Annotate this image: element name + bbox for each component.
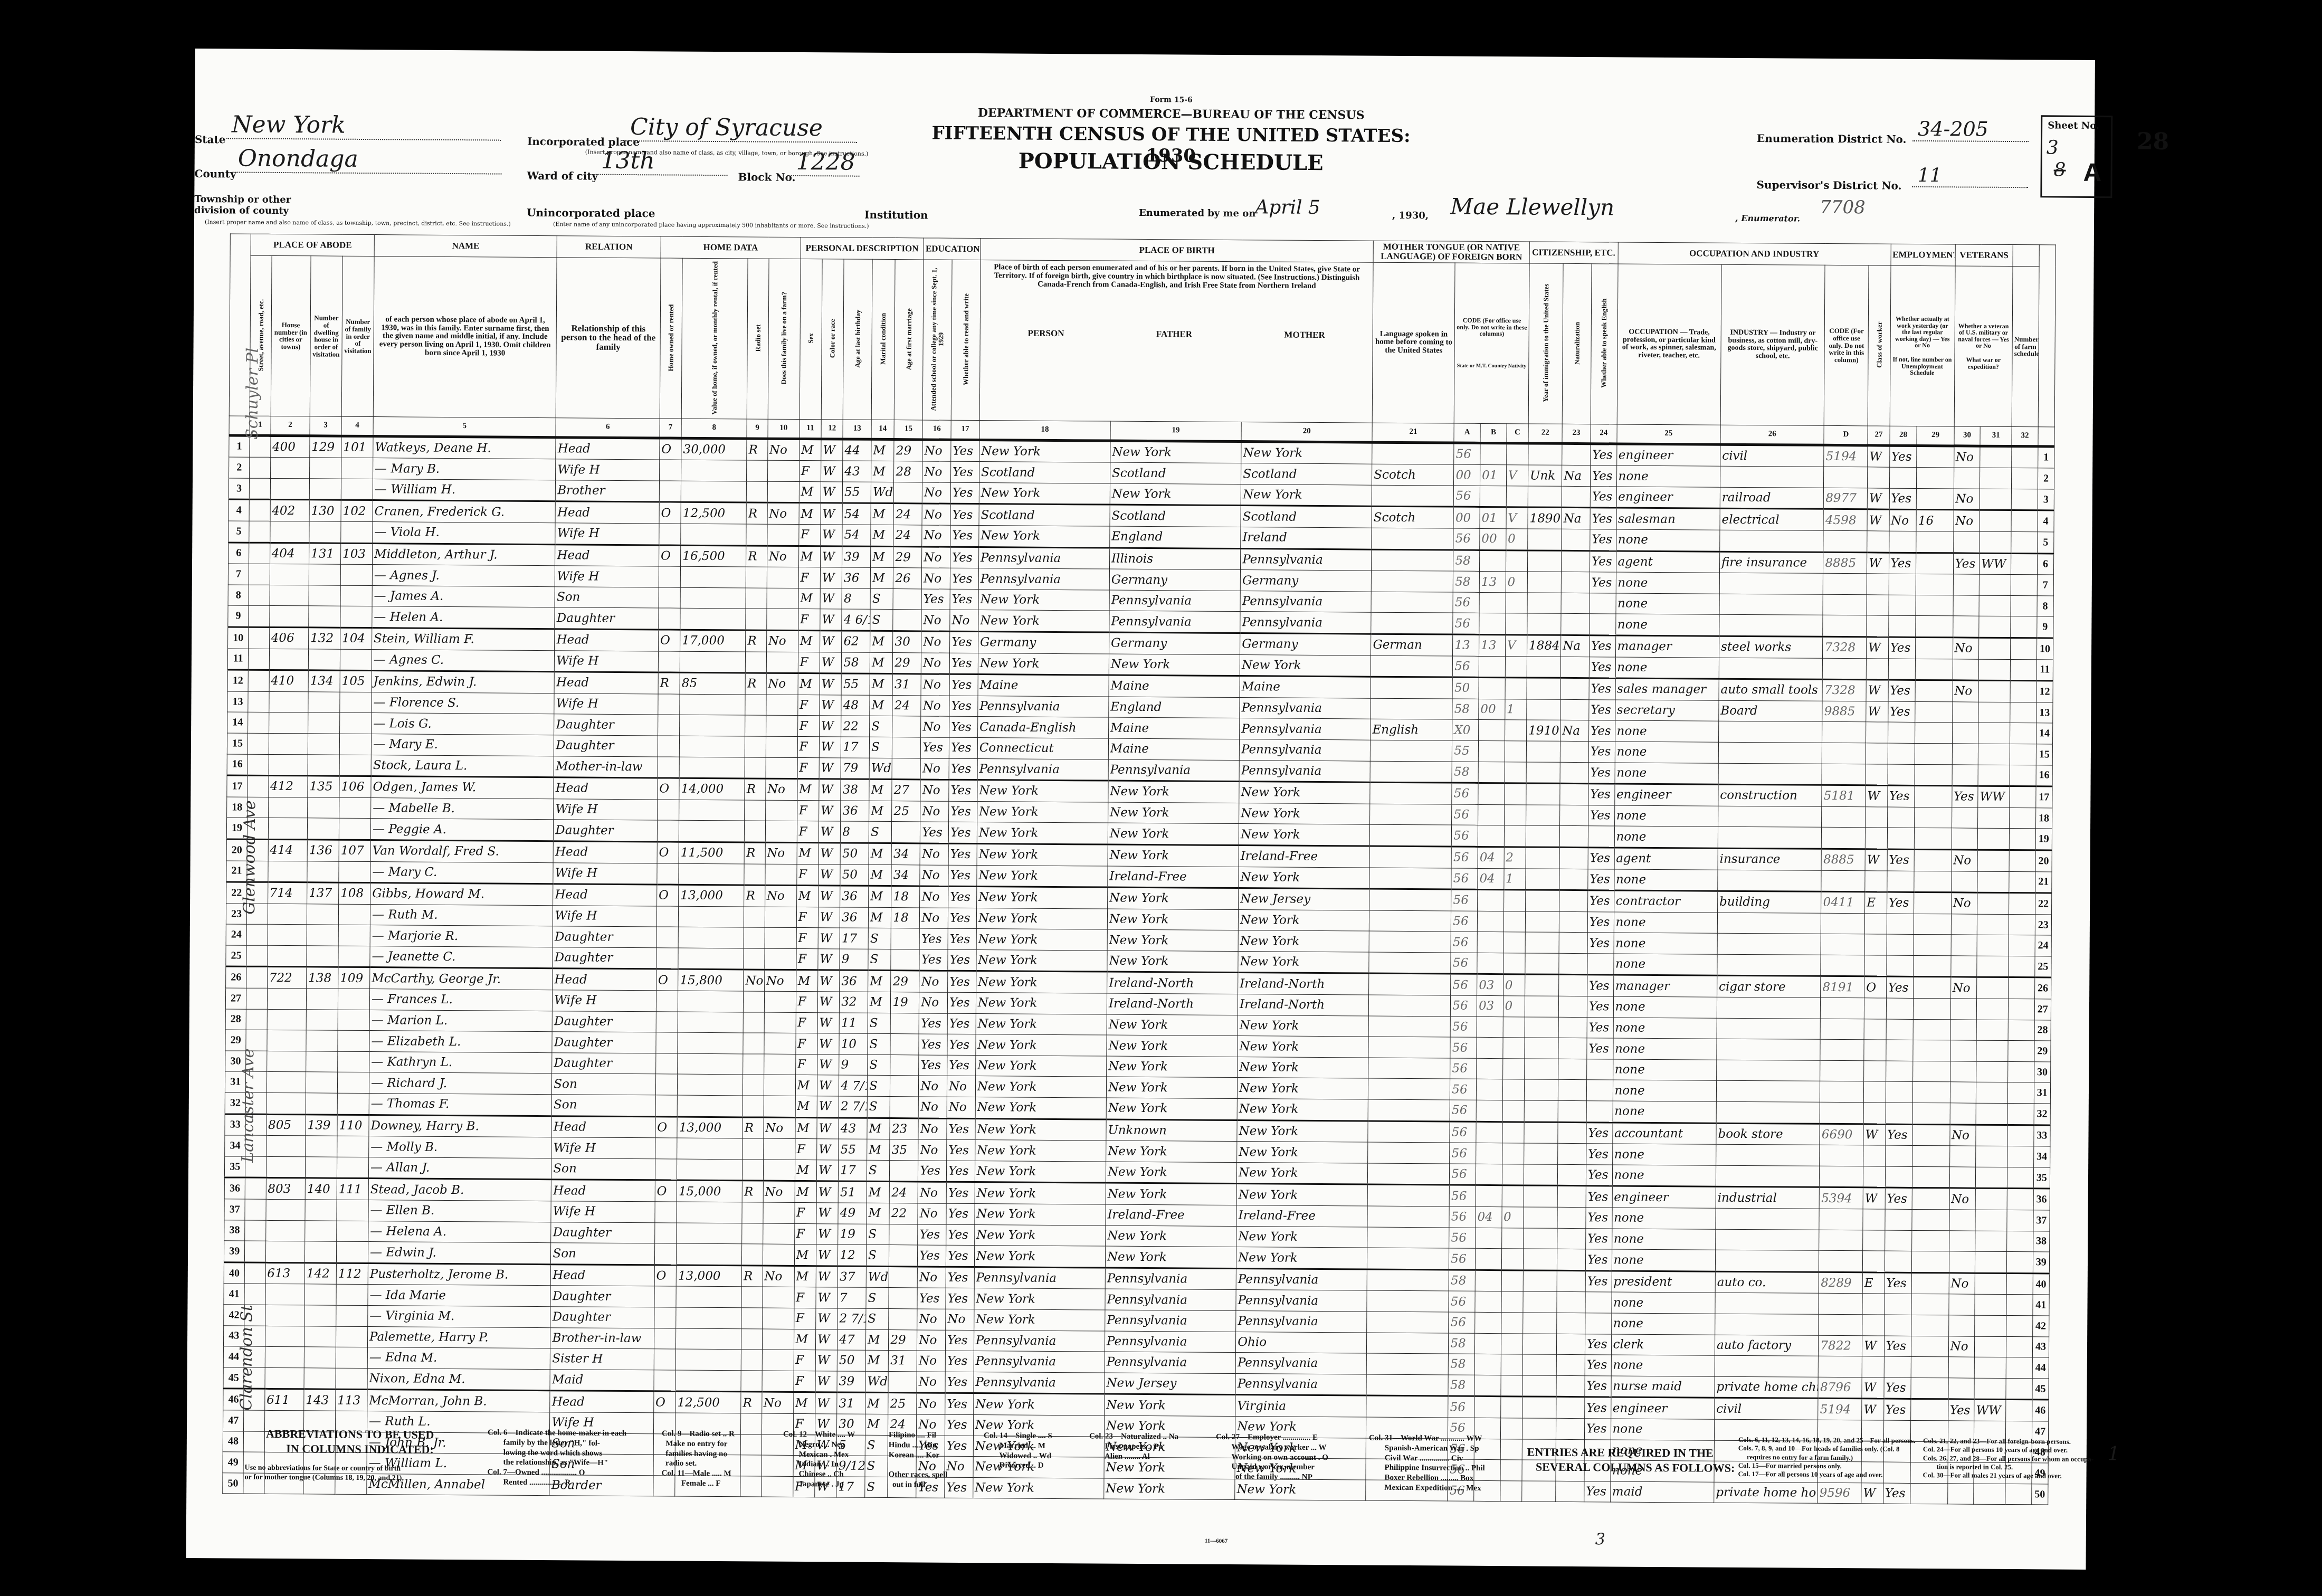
line-number-right: 14 [2036, 723, 2052, 744]
industry-cell [1716, 1229, 1820, 1251]
education-header: EDUCATION [924, 238, 981, 260]
occupation-cell: none [1612, 1249, 1716, 1271]
class-of-worker-cell: W [1868, 445, 1890, 468]
farm-schedule-cell [2007, 1104, 2034, 1125]
family-number-cell [339, 819, 370, 840]
school-cell: No [922, 482, 951, 504]
at-work-cell [1886, 1019, 1914, 1040]
naturalization-cell [1560, 805, 1588, 826]
speaks-english-cell: Yes [1588, 805, 1614, 826]
industry-cell: civil [1715, 1398, 1819, 1420]
farm-schedule-cell [2011, 532, 2038, 554]
race-cell: W [816, 1181, 839, 1203]
farm-cell [767, 481, 799, 503]
relationship-cell: Wife H [554, 693, 658, 715]
family-number-cell: 108 [339, 882, 370, 904]
home-value-cell [677, 1095, 743, 1117]
line-number-right: 24 [2035, 935, 2051, 956]
code-a-cell: 56 [1452, 804, 1478, 825]
family-number-cell: 111 [337, 1179, 368, 1200]
dwelling-number-cell [306, 1136, 337, 1157]
immigration-year-cell [1526, 783, 1560, 805]
at-work-cell: Yes [1885, 1272, 1912, 1294]
line-number: 25 [226, 945, 247, 967]
naturalization-cell: Na [1561, 635, 1590, 657]
code-b-cell [1478, 889, 1504, 911]
mother-birthplace-cell: Virginia [1235, 1395, 1366, 1417]
mother-birthplace-cell: Scotland [1241, 463, 1372, 485]
code-c-cell: 0 [1506, 529, 1528, 550]
occupation-cell: engineer [1616, 444, 1720, 467]
naturalization-cell [1558, 996, 1587, 1017]
speaks-english-cell: Yes [1589, 657, 1615, 678]
radio-cell [746, 588, 767, 609]
person-name-cell: Van Wordalf, Fred S. [370, 840, 554, 862]
class-of-worker-cell: W [1867, 637, 1889, 659]
school-cell: Yes [919, 1034, 947, 1055]
farm-schedule-cell [2007, 1252, 2033, 1274]
person-name-cell: — Marion L. [369, 1010, 553, 1032]
census-sheet: State New York County Onondaga Township … [186, 49, 2095, 1570]
immigration-year-cell: 1884 [1527, 635, 1561, 657]
marital-status-cell: Wd [871, 482, 894, 503]
birthplace-cell: Maine [978, 674, 1109, 697]
sheet-label: Sheet No. [2048, 120, 2099, 131]
war-cell [1977, 871, 2009, 893]
birthplace-cell: New York [978, 653, 1109, 675]
class-of-worker-cell [1863, 1230, 1885, 1251]
farm-schedule-cell [2010, 702, 2036, 723]
race-cell: W [819, 779, 841, 801]
home-value-cell [681, 481, 746, 502]
radio-cell [743, 1033, 764, 1054]
line-number: 27 [225, 988, 246, 1009]
veteran-cell: Yes [1952, 786, 1978, 807]
dwelling-number-cell: 130 [309, 500, 341, 521]
at-work-cell [1884, 1294, 1911, 1315]
street-cell [246, 924, 268, 945]
house-number-cell [269, 712, 308, 734]
code-a-cell: 56 [1448, 1396, 1474, 1418]
speaks-english-cell: Yes [1585, 1375, 1611, 1397]
occupation-cell: none [1615, 614, 1719, 636]
age-cell: 22 [841, 716, 870, 737]
naturalization-cell [1559, 953, 1587, 975]
read-write-cell: Yes [945, 1351, 974, 1372]
home-value-cell [679, 906, 744, 927]
person-name-cell: McCarthy, George Jr. [370, 967, 553, 990]
dwelling-number-cell [307, 925, 338, 946]
farm-cell: No [766, 630, 798, 652]
home-value-cell [677, 1202, 742, 1223]
code-b-cell [1476, 1164, 1502, 1185]
birthplace-cell: New York [979, 526, 1110, 548]
code-b-cell [1477, 953, 1503, 974]
line-number: 9 [228, 605, 249, 627]
code-b-cell [1475, 1312, 1501, 1333]
unemployment-line-cell [1911, 1399, 1948, 1421]
farm-cell: No [764, 970, 796, 992]
read-write-cell: Yes [948, 822, 977, 844]
farm-schedule-cell [2007, 1210, 2033, 1231]
code-a-cell: 56 [1451, 953, 1477, 974]
street-cell [250, 478, 271, 500]
speaks-english-cell: Yes [1588, 762, 1615, 784]
home-owned-cell: O [655, 1180, 677, 1202]
house-number-cell: 404 [270, 543, 309, 564]
birthplace-cell: New York [975, 1097, 1106, 1119]
race-cell: W [821, 461, 843, 482]
veteran-cell: No [1949, 1273, 1975, 1295]
sex-cell: F [794, 1223, 816, 1244]
age-cell: 17 [840, 928, 868, 949]
farm-cell: No [763, 1266, 794, 1287]
farm-schedule-cell [2009, 914, 2035, 935]
line-number-right: 29 [2034, 1041, 2051, 1062]
radio-cell [746, 524, 767, 546]
radio-cell [745, 800, 766, 821]
age-first-marriage-cell [891, 949, 919, 971]
line-number-right: 26 [2034, 977, 2051, 999]
home-value-cell: 13,000 [676, 1265, 741, 1287]
occupation-cell: none [1615, 657, 1719, 679]
speaks-english-cell: Yes [1587, 933, 1614, 954]
mother-tongue-cell [1369, 995, 1451, 1016]
industry-cell: industrial [1716, 1187, 1820, 1209]
person-name-cell: — Kathryn L. [369, 1051, 553, 1073]
mother-tongue-cell [1367, 1333, 1449, 1354]
code-c-cell [1501, 1375, 1523, 1396]
mother-birthplace-cell: New York [1241, 484, 1372, 506]
mother-birthplace-cell: New York [1240, 654, 1371, 677]
mother-tongue-cell [1369, 910, 1451, 932]
home-owned-cell: O [659, 545, 681, 566]
radio-cell: R [742, 1181, 763, 1202]
naturalization-cell [1556, 1397, 1585, 1419]
veteran-cell [1954, 468, 1980, 489]
code-a-cell: 55 [1452, 740, 1479, 762]
farm-cell [762, 1287, 794, 1308]
industry-cell [1716, 1144, 1820, 1166]
birthplace-cell: New York [973, 1477, 1104, 1499]
code-a-cell: 56 [1450, 1037, 1477, 1058]
line-number-right: 6 [2037, 553, 2053, 575]
at-work-cell: Yes [1883, 1377, 1911, 1399]
naturalization-cell [1558, 1017, 1587, 1038]
line-number: 41 [224, 1284, 245, 1305]
naturalization-cell [1562, 486, 1590, 508]
farm-schedule-cell [2012, 446, 2038, 468]
age-cell: 50 [837, 1350, 865, 1371]
marital-status-cell: S [867, 1224, 890, 1245]
house-number-cell [269, 754, 308, 776]
war-cell [1975, 1315, 2006, 1336]
person-name-cell: Watkeys, Deane H. [373, 436, 556, 459]
code-d-cell [1821, 870, 1865, 892]
school-cell: No [921, 674, 949, 696]
column-number: D [1824, 425, 1868, 445]
veteran-cell [1952, 723, 1978, 744]
code-b-cell [1474, 1396, 1501, 1418]
form-subtitle: POPULATION SCHEDULE [907, 148, 1435, 176]
person-name-cell: — Agnes C. [372, 649, 555, 672]
code-c-cell: 1 [1503, 868, 1526, 890]
marital-status-cell: S [868, 1034, 891, 1055]
war-cell [1977, 850, 2009, 871]
unemployment-line-cell [1912, 1166, 1950, 1188]
home-owned-cell: O [656, 969, 678, 991]
immigration-year-cell [1525, 1017, 1558, 1038]
code-c-cell [1505, 762, 1527, 783]
home-value-cell [677, 1243, 742, 1265]
speaks-english-cell: Yes [1587, 1038, 1613, 1059]
naturalization-cell [1561, 614, 1590, 635]
family-number-cell: 107 [339, 840, 370, 861]
dwelling-number-cell [304, 1368, 336, 1390]
radio-cell [743, 1012, 764, 1033]
veteran-cell [1953, 595, 1980, 616]
code-b-header: Country [1488, 364, 1507, 369]
line-number-right: 2 [2038, 468, 2054, 489]
sex-cell: F [797, 821, 819, 843]
war-cell [1980, 510, 2011, 532]
column-number: 2 [271, 416, 310, 435]
occupation-cell: none [1614, 826, 1718, 848]
birthplace-cell: New York [975, 1076, 1106, 1098]
naturalization-cell [1558, 1164, 1586, 1186]
home-owned-cell [654, 1370, 676, 1392]
sex-cell: F [798, 525, 821, 546]
speaks-english-cell: Yes [1590, 550, 1616, 572]
house-number-cell: 400 [270, 435, 310, 458]
code-b-cell: 03 [1477, 974, 1503, 996]
family-number-cell [336, 1305, 368, 1326]
marital-status-cell: M [871, 461, 894, 482]
race-cell: W [816, 1203, 839, 1224]
birthplace-cell: Pennsylvania [977, 758, 1108, 781]
age-cell: 32 [840, 992, 868, 1013]
birthplace-instructions: Place of birth of each person enumerated… [982, 260, 1372, 294]
home-owned-cell: O [655, 1117, 678, 1138]
war-cell [1979, 638, 2011, 659]
home-owned-cell [659, 587, 681, 609]
mother-birthplace-cell: New York [1237, 1078, 1368, 1099]
line-number: 29 [225, 1030, 246, 1051]
code-c-cell [1504, 783, 1526, 805]
war-cell [1977, 828, 2009, 850]
age-cell: 10 [839, 1033, 868, 1054]
dwelling-number-cell [304, 1284, 336, 1305]
unemployment-line-cell [1914, 977, 1951, 999]
speaks-english-cell: Yes [1586, 1122, 1613, 1144]
war-cell [1977, 892, 2009, 914]
person-name-cell: — Molly B. [369, 1136, 552, 1158]
line-number: 3 [229, 478, 250, 500]
speaks-english-cell: Yes [1588, 784, 1615, 805]
speaks-english-cell: Yes [1588, 869, 1614, 890]
population-schedule-table: PLACE OF ABODE NAME RELATION HOME DATA P… [222, 233, 2056, 1505]
marital-status-cell: M [867, 1118, 890, 1139]
school-cell: No [920, 801, 949, 822]
incorporated-field: City of Syracuse [625, 113, 857, 143]
school-cell: No [920, 886, 948, 908]
line-number-right: 43 [2032, 1336, 2049, 1357]
marital-status-cell: S [870, 588, 893, 610]
abbreviations-title: ABBREVIATIONS TO BE USED IN COLUMNS INDI… [266, 1427, 434, 1457]
code-d-cell [1821, 997, 1864, 1019]
code-b-cell [1478, 825, 1504, 847]
school-cell: No [921, 716, 949, 737]
code-b-cell [1477, 932, 1503, 953]
birthplace-cell: Germany [978, 632, 1109, 654]
age-first-marriage-cell: 28 [894, 461, 922, 482]
sex-cell: M [796, 886, 819, 907]
class-of-worker-cell [1866, 764, 1888, 785]
house-number-cell: 613 [265, 1262, 305, 1284]
relationship-cell: Daughter [552, 1053, 656, 1075]
veteran-cell [1949, 1210, 1975, 1231]
entries-title: ENTRIES ARE REQUIRED IN THE SEVERAL COLU… [1527, 1445, 1735, 1475]
age-cell: 4 7/12 [839, 1075, 868, 1096]
class-of-worker-cell [1864, 1061, 1886, 1082]
code-d-cell: 7328 [1822, 680, 1866, 701]
relationship-cell: Daughter [555, 607, 659, 630]
street-cell [248, 670, 269, 691]
occupation-cell: none [1613, 1059, 1717, 1081]
unemployment-line-cell [1913, 1040, 1950, 1061]
occupation-cell: none [1612, 1144, 1716, 1165]
occupation-cell: engineer [1616, 487, 1720, 509]
read-write-cell: Yes [948, 886, 977, 908]
industry-cell [1716, 1208, 1820, 1230]
marital-status-cell: M [867, 1203, 890, 1224]
code-a-cell: 58 [1449, 1333, 1475, 1354]
relationship-cell: Head [555, 629, 659, 651]
at-work-cell [1889, 574, 1916, 595]
code-b-cell: 03 [1477, 995, 1503, 1016]
relationship-cell: Daughter [553, 926, 656, 948]
column-number: 26 [1720, 425, 1824, 445]
school-cell: Yes [917, 1288, 946, 1309]
person-name-cell: — Elizabeth L. [369, 1031, 553, 1053]
naturalization-cell: Na [1562, 508, 1590, 529]
birthplace-cell: New York [976, 971, 1107, 993]
age-first-marriage-cell: 25 [892, 801, 920, 822]
veteran-cell: No [1954, 489, 1980, 510]
street-cell [244, 1262, 265, 1284]
dwelling-number-cell [305, 1220, 337, 1241]
house-number-cell [265, 1284, 305, 1305]
birthplace-cell: New York [976, 993, 1107, 1014]
speaks-english-cell: Yes [1587, 911, 1614, 933]
veteran-cell: Yes [1953, 553, 1980, 574]
farm-cell [763, 1138, 795, 1160]
unemployment-line-cell [1915, 743, 1953, 764]
race-cell: W [816, 1160, 839, 1182]
immigration-year-cell [1526, 762, 1560, 783]
farm-schedule-cell [2008, 1041, 2034, 1062]
birthplace-cell: Scotland [979, 504, 1110, 526]
occupation-cell: sales manager [1615, 678, 1719, 700]
code-c-cell [1503, 911, 1526, 932]
farm-schedule-cell [2006, 1273, 2033, 1295]
father-birthplace-cell: Pennsylvania [1105, 1310, 1236, 1332]
place-of-abode-header: PLACE OF ABODE [251, 234, 374, 256]
code-c-cell [1506, 550, 1528, 572]
mother-tongue-cell [1371, 613, 1453, 635]
industry-cell: electrical [1720, 509, 1824, 531]
class-of-worker-cell [1862, 1315, 1885, 1336]
naturalization-cell [1559, 933, 1587, 954]
class-of-worker-cell [1864, 1040, 1886, 1061]
speaks-english-cell [1586, 1080, 1613, 1101]
sex-cell: F [798, 567, 821, 588]
class-of-worker-cell: E [1865, 892, 1887, 914]
dwelling-number-cell: 136 [307, 840, 339, 861]
code-d-cell: 8289 [1819, 1272, 1863, 1294]
mother-tongue-cell [1371, 655, 1453, 678]
age-first-marriage-cell: 24 [893, 525, 922, 547]
line-number-right: 13 [2036, 702, 2053, 724]
ed-field: 34-205 [1912, 117, 2029, 142]
age-first-marriage-cell [890, 1054, 919, 1076]
war-cell [1974, 1378, 2006, 1400]
school-cell: Yes [919, 949, 948, 971]
occupation-cell: none [1616, 572, 1720, 594]
mother-tongue-cell [1366, 1374, 1448, 1396]
race-cell: W [818, 907, 840, 928]
veteran-cell [1951, 914, 1977, 935]
line-number-right: 41 [2033, 1295, 2049, 1316]
column-number: 15 [894, 420, 922, 439]
radio-cell [741, 1350, 762, 1371]
dwelling-number-cell [308, 734, 339, 755]
code-d-cell: 0411 [1821, 891, 1865, 913]
father-birthplace-cell: New York [1108, 844, 1239, 867]
read-write-cell: Yes [950, 547, 979, 568]
code-a-cell: 56 [1451, 932, 1477, 953]
occupation-cell: maid [1610, 1481, 1714, 1503]
birthplace-cell: New York [979, 440, 1110, 462]
at-work-cell [1888, 616, 1916, 638]
radio-cell [743, 1054, 764, 1075]
birthplace-cell: New York [976, 1034, 1107, 1056]
unincorporated-label: Unincorporated place [527, 206, 655, 220]
speaks-english-cell: Yes [1585, 1270, 1612, 1292]
read-write-cell: No [946, 1309, 974, 1330]
industry-cell: auto factory [1715, 1335, 1819, 1356]
line-number-right: 22 [2035, 893, 2051, 915]
farm-cell [762, 1329, 794, 1350]
immigration-year-cell [1525, 953, 1559, 975]
mother-tongue-cell [1367, 1312, 1449, 1333]
code-b-cell [1476, 1100, 1502, 1122]
mother-birthplace-cell: Ireland-North [1238, 973, 1369, 995]
code-d-cell: 5194 [1818, 1399, 1862, 1420]
mother-tongue-cell [1368, 1099, 1450, 1122]
line-number-right: 23 [2035, 915, 2051, 936]
column-number [2038, 426, 2054, 446]
farm-schedule-cell [2010, 765, 2036, 786]
home-value-cell [677, 1223, 742, 1244]
mother-tongue-cell [1371, 677, 1452, 699]
age-header: Age at last birthday [854, 310, 861, 368]
class-of-worker-header: Class of worker [1876, 322, 1883, 368]
class-of-worker-cell: E [1862, 1272, 1885, 1294]
unemployment-line-cell [1910, 1483, 1948, 1504]
father-birthplace-cell: Ireland-Free [1106, 1204, 1236, 1226]
family-number-cell: 103 [341, 543, 373, 565]
